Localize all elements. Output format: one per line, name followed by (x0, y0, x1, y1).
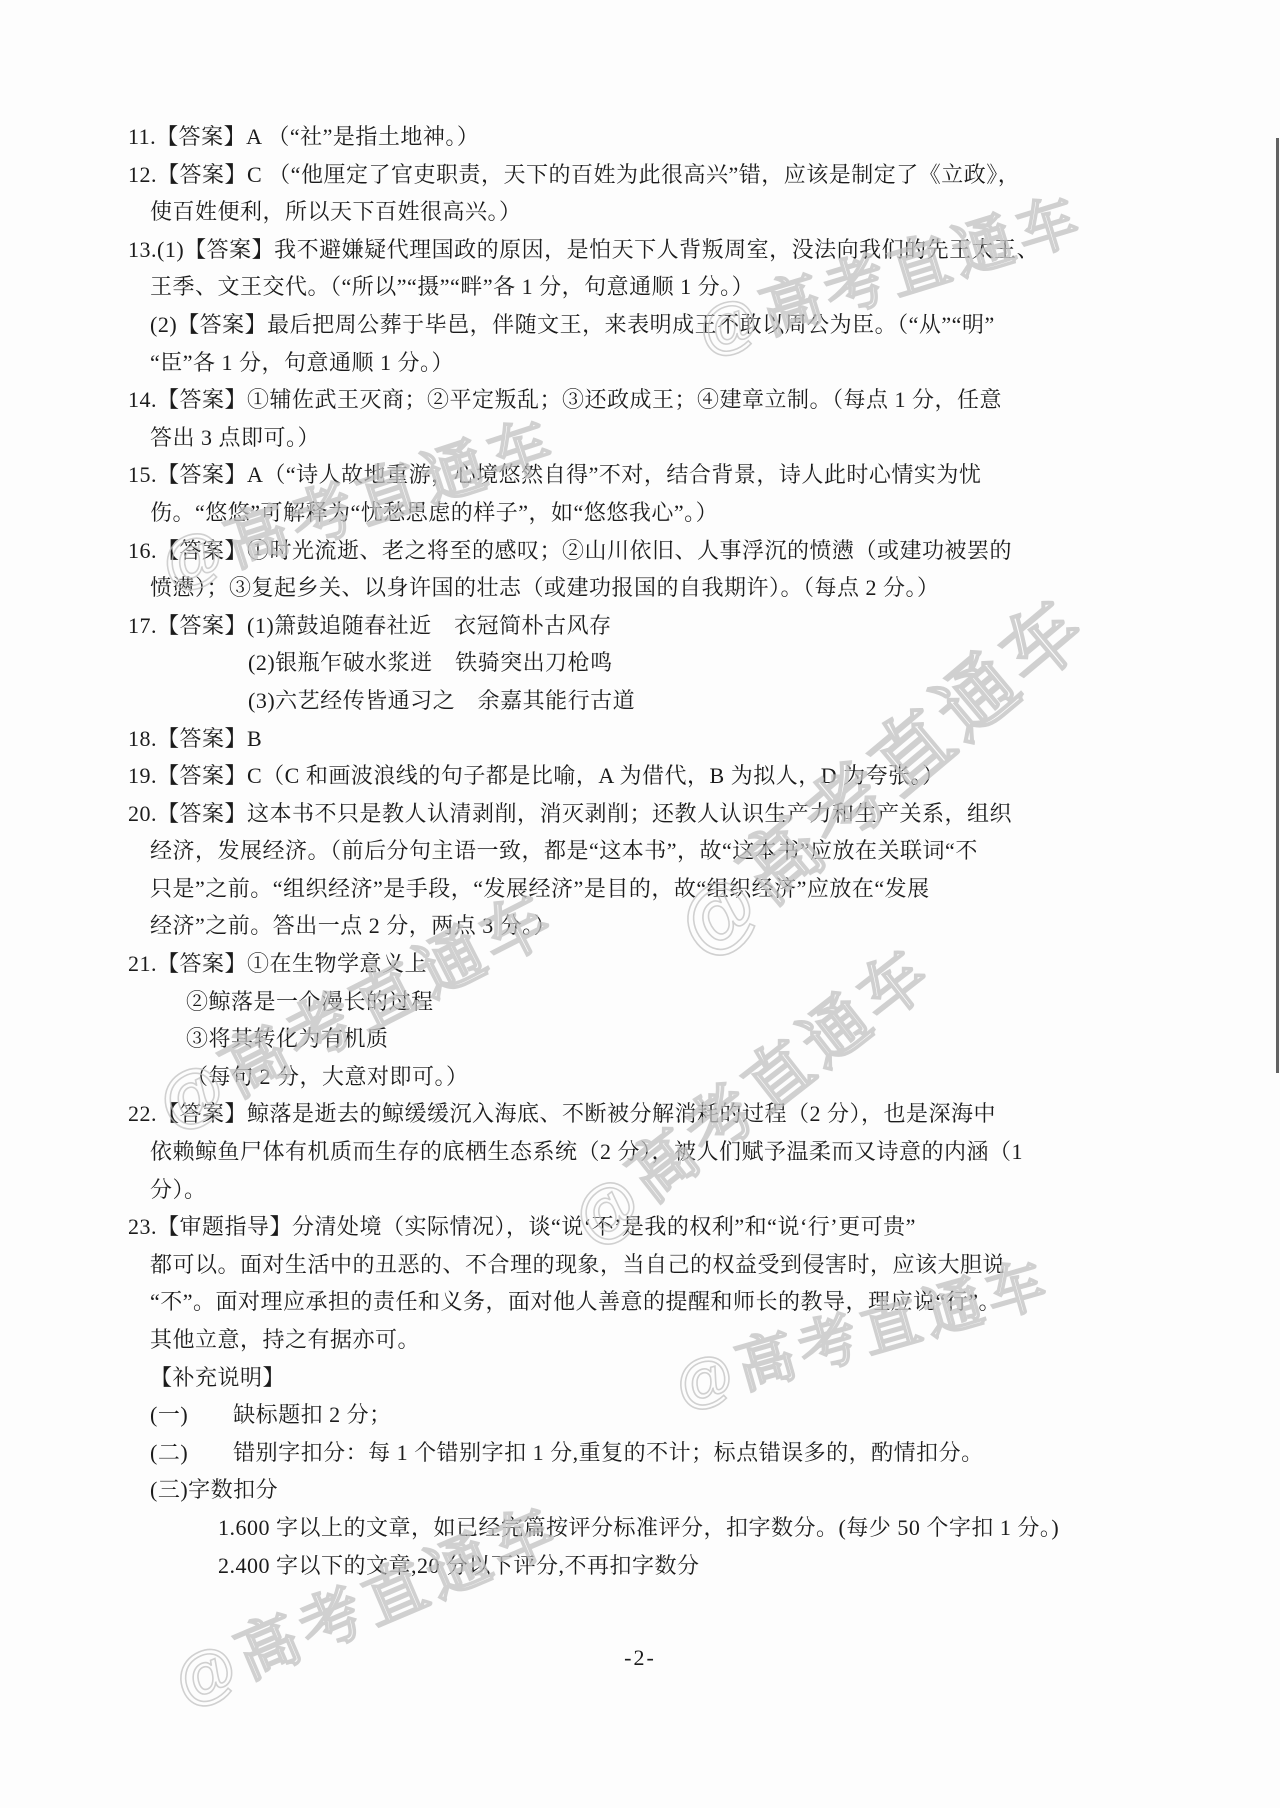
answer-line: 23.【审题指导】分清处境（实际情况），谈“说‘不’是我的权利”和“说‘行’更可… (128, 1208, 1028, 1246)
answer-line: 12.【答案】C （“他厘定了官吏职责，天下的百姓为此很高兴”错，应该是制定了《… (128, 156, 1028, 194)
answer-line: 16.【答案】①时光流逝、老之将至的感叹；②山川依旧、人事浮沉的愤懑（或建功被罢… (128, 532, 1028, 570)
answer-line: 使百姓便利，所以天下百姓很高兴。） (150, 193, 1028, 231)
answer-line: 伤。“悠悠”可解释为“忧愁思虑的样子”，如“悠悠我心”。） (150, 494, 1028, 532)
answer-lines: 11.【答案】A （“社”是指土地神。）12.【答案】C （“他厘定了官吏职责，… (128, 118, 1028, 1584)
answer-line: 11.【答案】A （“社”是指土地神。） (128, 118, 1028, 156)
answer-line: 2.400 字以下的文章,20 分以下评分,不再扣字数分 (218, 1547, 1028, 1585)
answer-line: 愤懑）；③复起乡关、以身许国的壮志（或建功报国的自我期许）。（每点 2 分。） (150, 569, 1028, 607)
answer-line: 王季、文王交代。（“所以”“摄”“畔”各 1 分，句意通顺 1 分。） (150, 268, 1028, 306)
answer-line: 答出 3 点即可。） (150, 419, 1028, 457)
answer-line: 分）。 (150, 1171, 1028, 1209)
answer-line: 20.【答案】这本书不只是教人认清剥削，消灭剥削；还教人认识生产力和生产关系，组… (128, 795, 1028, 833)
answer-line: 15.【答案】A（“诗人故地重游，心境悠然自得”不对，结合背景，诗人此时心情实为… (128, 456, 1028, 494)
answer-line: 13.(1)【答案】我不避嫌疑代理国政的原因，是怕天下人背叛周室，没法向我们的先… (128, 231, 1028, 269)
answer-line: 只是”之前。“组织经济”是手段，“发展经济”是目的，故“组织经济”应放在“发展 (150, 870, 1028, 908)
answer-line: 18.【答案】B (128, 720, 1028, 758)
answer-line: (二) 错别字扣分：每 1 个错别字扣 1 分,重复的不计；标点错误多的，酌情扣… (150, 1434, 1028, 1472)
answer-line: 19.【答案】C（C 和画波浪线的句子都是比喻，A 为借代，B 为拟人，D 为夸… (128, 757, 1028, 795)
answer-line: 14.【答案】①辅佐武王灭商；②平定叛乱；③还政成王；④建章立制。（每点 1 分… (128, 381, 1028, 419)
page-number: -2- (0, 1645, 1280, 1671)
answer-line: 都可以。面对生活中的丑恶的、不合理的现象，当自己的权益受到侵害时，应该大胆说 (150, 1246, 1028, 1284)
answer-line: 其他立意，持之有据亦可。 (150, 1321, 1028, 1359)
answer-line: “臣”各 1 分，句意通顺 1 分。） (150, 344, 1028, 382)
answer-line: ②鲸落是一个漫长的过程 (186, 983, 1028, 1021)
answer-line: (一) 缺标题扣 2 分； (150, 1396, 1028, 1434)
answer-line: 1.600 字以上的文章，如已经完篇按评分标准评分，扣字数分。(每少 50 个字… (218, 1509, 1028, 1547)
answer-line: (3)六艺经传皆通习之 余嘉其能行古道 (248, 682, 1028, 720)
answer-line: (三)字数扣分 (150, 1471, 1028, 1509)
answer-line: 17.【答案】(1)箫鼓追随春社近 衣冠简朴古风存 (128, 607, 1028, 645)
answer-line: 经济，发展经济。（前后分句主语一致，都是“这本书”，故“这本书”应放在关联词“不 (150, 832, 1028, 870)
scanned-answer-page: 11.【答案】A （“社”是指土地神。）12.【答案】C （“他厘定了官吏职责，… (0, 0, 1280, 1808)
answer-line: 22.【答案】鲸落是逝去的鲸缓缓沉入海底、不断被分解消耗的过程（2 分），也是深… (128, 1095, 1028, 1133)
answer-line: ③将其转化为有机质 (186, 1020, 1028, 1058)
answer-line: 经济”之前。答出一点 2 分，两点 3 分。） (150, 907, 1028, 945)
answer-line: (2)【答案】最后把周公葬于毕邑，伴随文王，来表明成王不敢以周公为臣。（“从”“… (150, 306, 1028, 344)
answer-line: “不”。面对理应承担的责任和义务，面对他人善意的提醒和师长的教导，理应说“行”。 (150, 1283, 1028, 1321)
answer-line: （每句 2 分，大意对即可。） (186, 1058, 1028, 1096)
scan-edge-artifact (1276, 138, 1279, 1073)
answer-line: 21.【答案】①在生物学意义上 (128, 945, 1028, 983)
answer-line: 依赖鲸鱼尸体有机质而生存的底栖生态系统（2 分），被人们赋予温柔而又诗意的内涵（… (150, 1133, 1028, 1171)
answer-line: 【补充说明】 (150, 1359, 1028, 1397)
answer-line: (2)银瓶乍破水浆迸 铁骑突出刀枪鸣 (248, 644, 1028, 682)
